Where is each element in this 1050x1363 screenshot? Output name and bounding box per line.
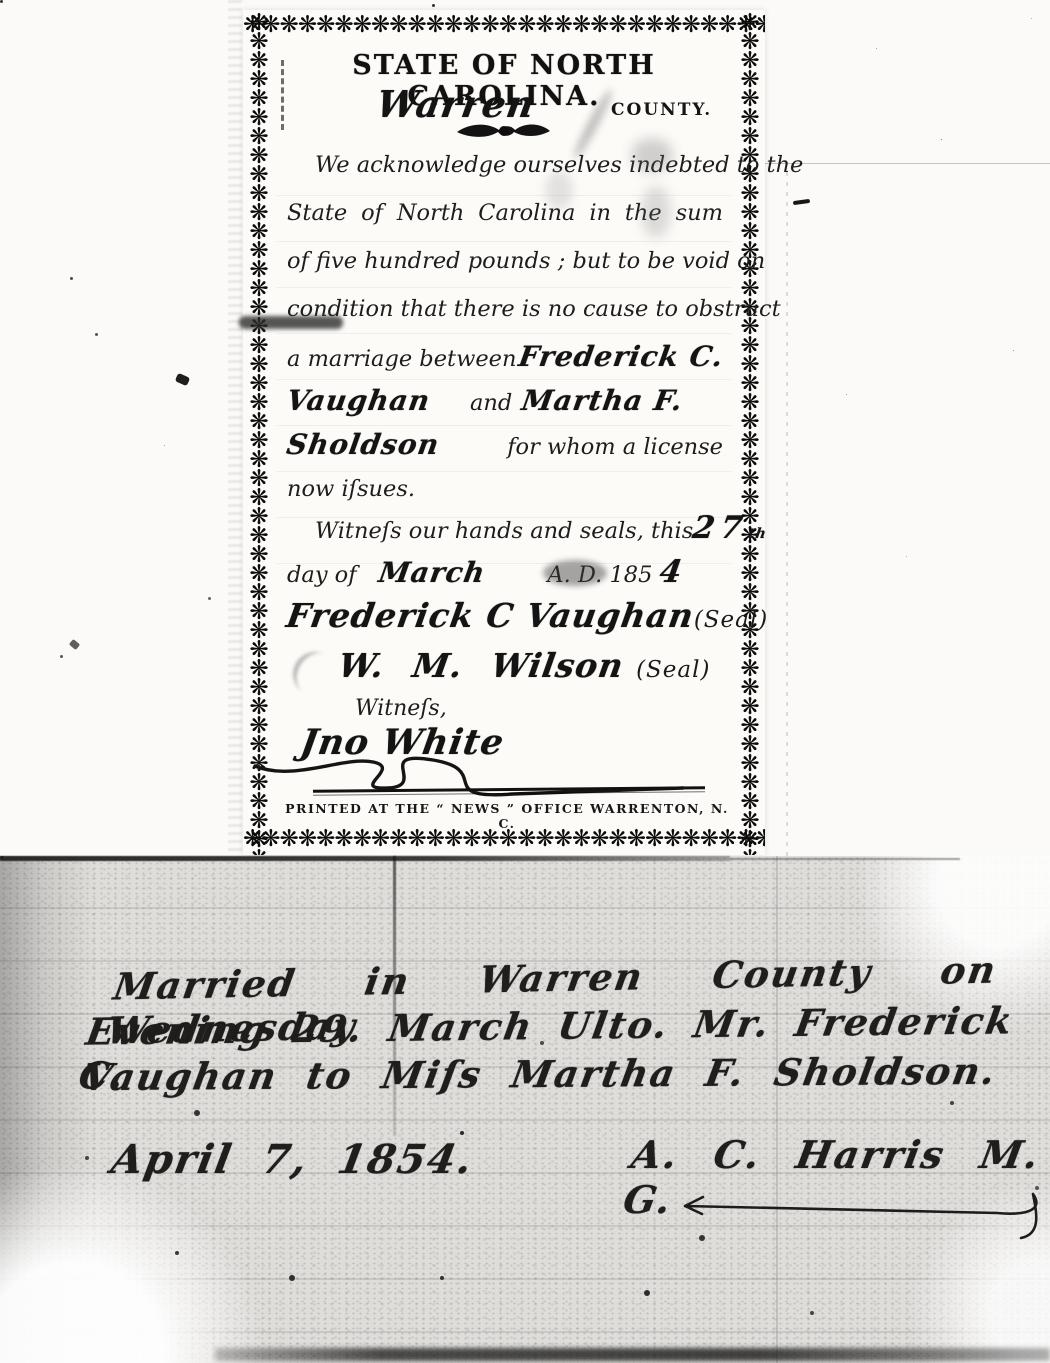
bond-text-line: Vaughan and Martha F. bbox=[287, 384, 723, 417]
printed-text: Witneſs our hands and seals, this bbox=[287, 518, 693, 544]
bond-text-line: condition that there is no cause to obst… bbox=[287, 296, 723, 322]
witness-clause-line: day of March A. D. 185 4 bbox=[287, 554, 723, 590]
signature-row: W. M. Wilson (Seal) bbox=[287, 646, 723, 685]
marriage-bond-form: ❋❋❋❋❋❋❋❋❋❋❋❋❋❋❋❋❋❋❋❋❋❋❋❋❋❋❋❋❋❋ ❋❋❋❋❋❋❋❋❋… bbox=[243, 10, 765, 855]
printed-text: for whom a license bbox=[507, 434, 723, 460]
ink-fleck bbox=[69, 639, 80, 650]
ornate-border-right: ❋❋❋❋❋❋❋❋❋❋❋❋❋❋❋❋❋❋❋❋❋❋❋❋❋❋❋❋❋❋❋❋❋❋❋❋❋❋❋❋… bbox=[734, 10, 765, 855]
lower-scan-region: Married in Warren County on Wednesday Ev… bbox=[0, 856, 1050, 1363]
bond-text-line: We acknowledge ourselves indebted to the bbox=[287, 152, 723, 178]
printed-text: and bbox=[470, 390, 512, 416]
bond-text-line: State of North Carolina in the sum bbox=[287, 200, 723, 226]
year-digit-handwritten: 4 bbox=[658, 554, 686, 590]
groom-surname-handwritten: Vaughan bbox=[284, 384, 432, 417]
signature-row: Frederick C Vaughan (Seal) bbox=[287, 596, 723, 635]
seal-label: (Seal) bbox=[636, 657, 710, 683]
note-date: April 7, 1854. bbox=[108, 1136, 478, 1183]
scan-specks bbox=[0, 856, 1050, 1363]
printer-ornament-icon bbox=[453, 118, 553, 144]
day-suffix-handwritten: th bbox=[747, 526, 768, 542]
printed-text: day of bbox=[287, 562, 357, 588]
signer-name: Frederick C Vaughan bbox=[284, 596, 697, 635]
county-label: COUNTY. bbox=[611, 100, 712, 120]
witness-clause-line: Witneſs our hands and seals, this 27 th bbox=[287, 510, 723, 546]
scan-bottom-smudge bbox=[215, 1348, 1050, 1361]
bond-text-line: now iſsues. bbox=[287, 476, 723, 502]
bond-text-line: a marriage between Frederick C. bbox=[287, 340, 723, 373]
printed-text: a marriage between bbox=[287, 346, 516, 372]
month-handwritten: March bbox=[376, 556, 488, 589]
ornate-border-top: ❋❋❋❋❋❋❋❋❋❋❋❋❋❋❋❋❋❋❋❋❋❋❋❋❋❋❋❋❋❋ bbox=[243, 10, 765, 41]
seal-label: (Seal) bbox=[694, 607, 768, 633]
bride-name-handwritten: Martha F. bbox=[520, 384, 686, 417]
witness-label: Witneſs, bbox=[355, 696, 447, 721]
paper-edge-shadow bbox=[786, 162, 788, 856]
day-number-handwritten: 27 bbox=[690, 510, 751, 546]
document-scan: { "decorations": { "border_ornament": "❋… bbox=[0, 0, 1050, 1363]
paper-edge-shadow bbox=[228, 0, 242, 856]
printer-imprint: PRINTED AT THE “ NEWS ” OFFICE WARRENTON… bbox=[279, 801, 735, 831]
ink-fleck bbox=[175, 373, 191, 387]
bride-surname-handwritten: Sholdson bbox=[284, 428, 441, 461]
marriage-note-line-3: Vaughan to Miſs Martha F. Sholdson. bbox=[80, 1049, 1001, 1099]
bond-text-line: Sholdson for whom a license bbox=[287, 428, 723, 461]
ink-fleck bbox=[793, 199, 810, 205]
officiant-flourish-icon bbox=[645, 1186, 1045, 1246]
bond-text-line: of five hundred pounds ; but to be void … bbox=[287, 248, 723, 274]
groom-name-handwritten: Frederick C. bbox=[516, 340, 726, 373]
signer-name: W. M. Wilson bbox=[336, 646, 627, 685]
printed-text: A. D. 185 bbox=[547, 562, 652, 588]
ornate-border-left: ❋❋❋❋❋❋❋❋❋❋❋❋❋❋❋❋❋❋❋❋❋❋❋❋❋❋❋❋❋❋❋❋❋❋❋❋❋❋❋❋… bbox=[243, 10, 274, 855]
